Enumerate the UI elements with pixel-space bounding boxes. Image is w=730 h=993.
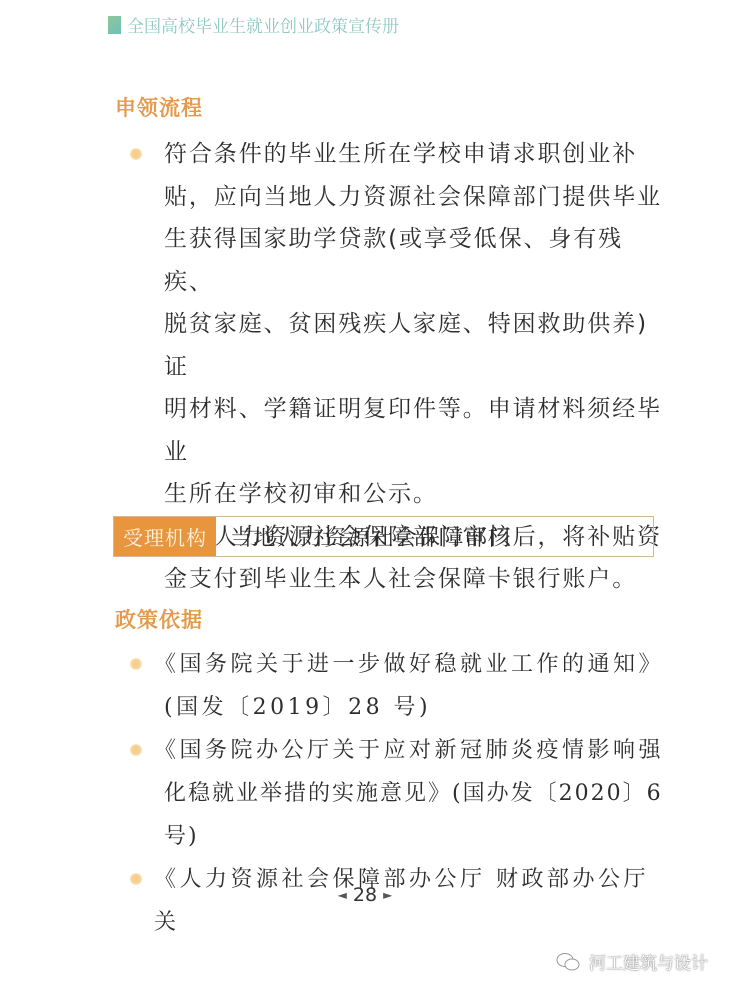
header-mark-icon (108, 16, 121, 34)
item-line: 贴，应向当地人力资源社会保障部门提供毕业 (164, 176, 670, 219)
wechat-icon (555, 952, 581, 972)
page-number-value: 28 (353, 884, 377, 906)
watermark-text: 河工建筑与设计 (589, 949, 708, 974)
watermark: 河工建筑与设计 (555, 949, 708, 974)
item-line: 生所在学校初审和公示。 (164, 473, 670, 516)
item-line: 脱贫家庭、贫困残疾人家庭、特困救助供养)证 (164, 303, 670, 388)
list-item: 《国务院办公厅关于应对新冠肺炎疫情影响强 化稳就业举措的实施意见》(国办发〔20… (130, 729, 670, 858)
header-title: 全国高校毕业生就业创业政策宣传册 (127, 12, 399, 37)
item-line: 生获得国家助学贷款(或享受低保、身有残疾、 (164, 218, 670, 303)
list-item: 《国务院关于进一步做好稳就业工作的通知》 (国发〔2019〕28 号) (130, 643, 670, 729)
agency-label: 受理机构 (114, 517, 216, 556)
section-title-policy: 政策依据 (115, 604, 203, 634)
page-number: ◄28► (0, 884, 730, 906)
page-header: 全国高校毕业生就业创业政策宣传册 (108, 12, 399, 37)
agency-box: 受理机构 当地人力资源社会保障部门 (113, 516, 654, 557)
agency-value: 当地人力资源社会保障部门 (216, 517, 512, 556)
item-line: 明材料、学籍证明复印件等。申请材料须经毕业 (164, 388, 670, 473)
item-line: 符合条件的毕业生所在学校申请求职创业补 (164, 133, 670, 176)
item-line: 金支付到毕业生本人社会保障卡银行账户。 (164, 558, 670, 601)
list-item: 符合条件的毕业生所在学校申请求职创业补 贴，应向当地人力资源社会保障部门提供毕业… (130, 133, 670, 516)
prev-arrow-icon: ◄ (338, 888, 347, 902)
section-title-application: 申领流程 (115, 92, 203, 122)
bullet-icon (130, 148, 142, 160)
item-line: 《国务院关于进一步做好稳就业工作的通知》 (154, 643, 670, 686)
item-line: 化稳就业举措的实施意见》(国办发〔2020〕6 号) (164, 772, 670, 858)
item-line: (国发〔2019〕28 号) (164, 686, 670, 729)
item-line: 《国务院办公厅关于应对新冠肺炎疫情影响强 (154, 729, 670, 772)
next-arrow-icon: ► (383, 888, 392, 902)
bullet-icon (130, 658, 142, 670)
bullet-icon (130, 744, 142, 756)
